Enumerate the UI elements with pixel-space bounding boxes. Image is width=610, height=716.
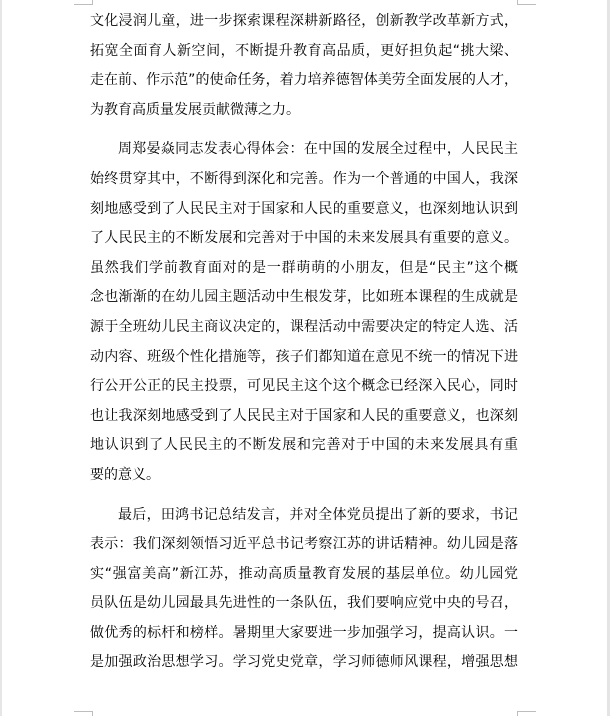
text-line: 始终贯穿其中，不断得到深化和完善。作为一个普通的中国人，我深: [90, 165, 518, 195]
text-line: 实“强富美高”新江苏，推动高质量教育发展的基层单位。幼儿园党: [90, 560, 518, 590]
text-line: 刻地感受到了人民民主对于国家和人民的重要意义，也深刻地认识到: [90, 195, 518, 225]
text-line: 念也渐渐的在幼儿园主题活动中生根发芽，比如班本课程的生成就是: [90, 283, 518, 313]
text-line: 文化浸润儿童，进一步探索课程深耕新路径，创新教学改革新方式，: [90, 7, 518, 37]
text-line: 为教育高质量发展贡献微薄之力。: [90, 96, 518, 126]
text-line: 周郑晏焱同志发表心得体会：在中国的发展全过程中，人民民主: [90, 135, 518, 165]
paragraph-spacing: [90, 125, 518, 135]
text-line: 要的意义。: [90, 461, 518, 491]
margin-corner-mark-top-right: [517, 0, 536, 5]
text-line: 做优秀的标杆和榜样。暑期里大家要进一步加强学习，提高认识。一: [90, 619, 518, 649]
page-left-shadow: [0, 0, 2, 716]
margin-corner-mark-top-left: [74, 0, 93, 5]
text-line: 是加强政治思想学习。学习党史党章，学习师德师风课程，增强思想: [90, 648, 518, 678]
paragraph-2[interactable]: 周郑晏焱同志发表心得体会：在中国的发展全过程中，人民民主 始终贯穿其中，不断得到…: [90, 135, 518, 490]
paragraph-3[interactable]: 最后，田鸿书记总结发言，并对全体党员提出了新的要求，书记 表示：我们深刻领悟习近…: [90, 501, 518, 679]
text-line: 走在前、作示范”的使命任务，着力培养德智体美劳全面发展的人才，: [90, 66, 518, 96]
paragraph-1[interactable]: 文化浸润儿童，进一步探索课程深耕新路径，创新教学改革新方式， 拓宽全面育人新空间…: [90, 7, 518, 125]
text-line: 拓宽全面育人新空间，不断提升教育高品质，更好担负起“挑大梁、: [90, 37, 518, 67]
margin-corner-mark-bottom-right: [517, 711, 536, 716]
text-line: 行公开公正的民主投票，可见民主这个这个概念已经深入民心，同时: [90, 372, 518, 402]
document-viewport: 文化浸润儿童，进一步探索课程深耕新路径，创新教学改革新方式， 拓宽全面育人新空间…: [0, 0, 610, 716]
text-line: 最后，田鸿书记总结发言，并对全体党员提出了新的要求，书记: [90, 501, 518, 531]
margin-corner-mark-bottom-left: [74, 711, 93, 716]
text-line: 了人民民主的不断发展和完善对于中国的未来发展具有重要的意义。: [90, 224, 518, 254]
paragraph-spacing: [90, 491, 518, 501]
text-line: 员队伍是幼儿园最具先进性的一条队伍，我们要响应党中央的号召，: [90, 589, 518, 619]
text-line: 也让我深刻地感受到了人民民主对于国家和人民的重要意义，也深刻: [90, 402, 518, 432]
document-body[interactable]: 文化浸润儿童，进一步探索课程深耕新路径，创新教学改革新方式， 拓宽全面育人新空间…: [90, 7, 518, 678]
text-line: 动内容、班级个性化措施等，孩子们都知道在意见不统一的情况下进: [90, 343, 518, 373]
text-line: 表示：我们深刻领悟习近平总书记考察江苏的讲话精神。幼儿园是落: [90, 530, 518, 560]
text-line: 源于全班幼儿民主商议决定的，课程活动中需要决定的特定人选、活: [90, 313, 518, 343]
text-line: 虽然我们学前教育面对的是一群萌萌的小朋友，但是“民主”这个概: [90, 254, 518, 284]
text-line: 地认识到了人民民主的不断发展和完善对于中国的未来发展具有重: [90, 431, 518, 461]
